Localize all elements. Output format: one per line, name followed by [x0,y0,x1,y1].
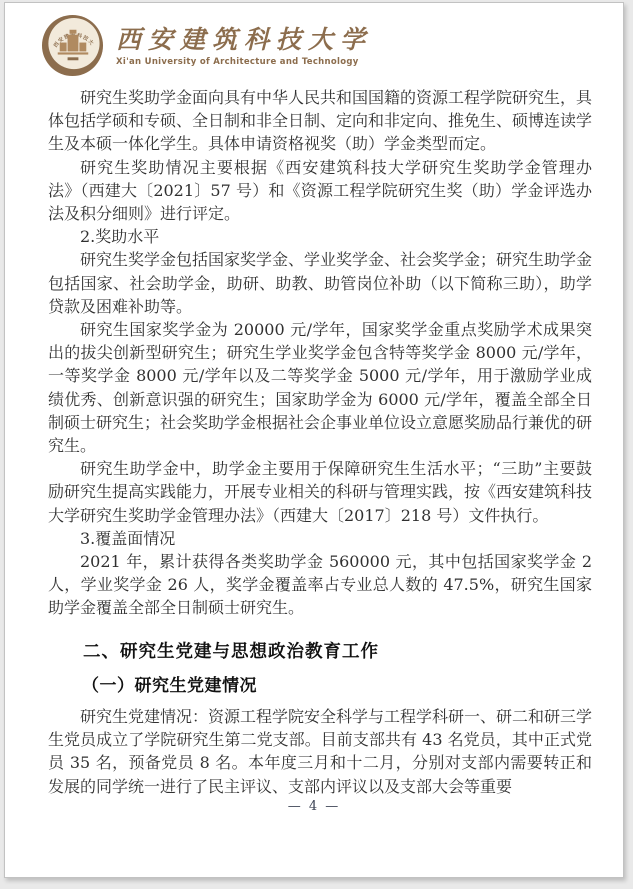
page-number: — 4 — [5,799,623,814]
paragraph-party-branch: 研究生党建情况：资源工程学院安全科学与工程学科研一、研二和研三学生党员成立了学院… [48,705,592,798]
paragraph-scholarship-amounts: 研究生国家奖学金为 20000 元/学年，国家奖学金重点奖励学术成果突出的拔尖创… [48,318,592,457]
university-letterhead: 西安建筑科技大学 西安建筑科技大学 Xi'an University of Ar… [41,14,372,77]
document-body: 研究生奖助学金面向具有中华人民共和国国籍的资源工程学院研究生，具体包括学硕和专硕… [48,86,592,798]
paragraph-subsidy-usage: 研究生助学金中，助学金主要用于保障研究生生活水平；“三助”主要鼓励研究生提高实践… [48,457,592,527]
paragraph-coverage-stats: 2021 年，累计获得各类奖助学金 560000 元，其中包括国家奖学金 2 人… [48,550,592,620]
heading-subsection-party-status: （一）研究生党建情况 [48,675,592,698]
paragraph-scholarship-types: 研究生奖学金包括国家奖学金、学业奖学金、社会奖学金；研究生助学金包括国家、社会助… [48,248,592,318]
heading-section-party-building: 二、研究生党建与思想政治教育工作 [48,641,592,664]
university-brand: 西安建筑科技大学 Xi'an University of Architectur… [116,24,372,67]
document-page: 西安建筑科技大学 西安建筑科技大学 Xi'an University of Ar… [4,2,624,878]
university-name-english: Xi'an University of Architecture and Tec… [116,57,372,67]
paragraph-scholarship-scope: 研究生奖助学金面向具有中华人民共和国国籍的资源工程学院研究生，具体包括学硕和专硕… [48,86,592,156]
heading-coverage: 3.覆盖面情况 [48,527,592,550]
paragraph-evaluation-basis: 研究生奖助情况主要根据《西安建筑科技大学研究生奖助学金管理办法》（西建大〔202… [48,156,592,226]
university-name-chinese: 西安建筑科技大学 [116,26,372,54]
heading-funding-level: 2.奖助水平 [48,225,592,248]
university-seal-icon: 西安建筑科技大学 [41,14,104,77]
